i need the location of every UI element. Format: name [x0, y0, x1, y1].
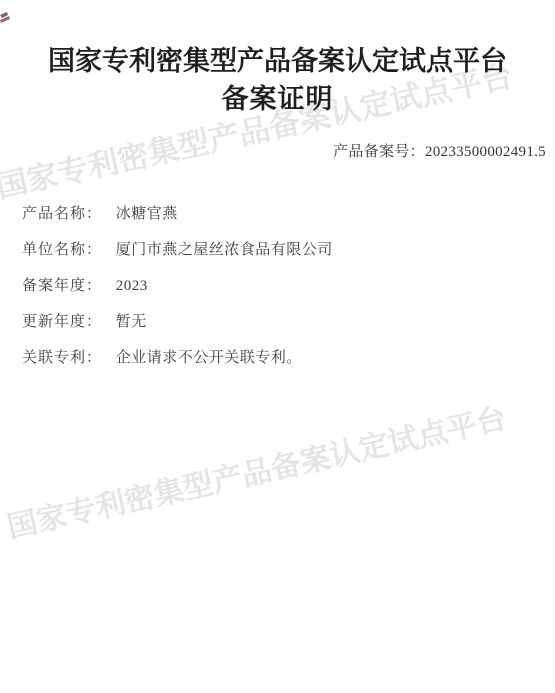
field-label: 产品名称： [22, 206, 112, 223]
field-value: 冰糖官燕 [116, 206, 178, 222]
field-value: 企业请求不公开关联专利。 [116, 350, 302, 366]
page-title: 国家专利密集型产品备案认定试点平台 [0, 42, 555, 80]
filing-number-line: 产品备案号：20233500002491.5 [333, 140, 546, 161]
field-value: 厦门市燕之屋丝浓食品有限公司 [116, 242, 333, 258]
field-row-company-name: 单位名称： 厦门市燕之屋丝浓食品有限公司 [22, 242, 542, 259]
page-subtitle: 备案证明 [0, 80, 555, 118]
field-label: 更新年度： [22, 314, 112, 331]
field-row-filing-year: 备案年度： 2023 [22, 278, 542, 295]
field-row-related-patents: 关联专利： 企业请求不公开关联专利。 [22, 350, 542, 367]
document-header: 国家专利密集型产品备案认定试点平台 备案证明 [0, 42, 555, 118]
field-label: 关联专利： [22, 350, 112, 367]
certificate-page: 国家专利密集型产品备案认定试点平台 国家专利密集型产品备案认定试点平台 国家专利… [0, 0, 555, 693]
field-value: 2023 [116, 278, 148, 294]
field-label: 单位名称： [22, 242, 112, 259]
document-content: 国家专利密集型产品备案认定试点平台 备案证明 产品备案号：20233500002… [0, 0, 555, 693]
field-list: 产品名称： 冰糖官燕 单位名称： 厦门市燕之屋丝浓食品有限公司 备案年度： 20… [22, 206, 542, 386]
field-row-update-year: 更新年度： 暂无 [22, 314, 542, 331]
field-label: 备案年度： [22, 278, 112, 295]
filing-number-value: 20233500002491.5 [425, 144, 546, 160]
field-value: 暂无 [116, 314, 147, 330]
field-row-product-name: 产品名称： 冰糖官燕 [22, 206, 542, 223]
filing-number-label: 产品备案号： [333, 144, 425, 160]
